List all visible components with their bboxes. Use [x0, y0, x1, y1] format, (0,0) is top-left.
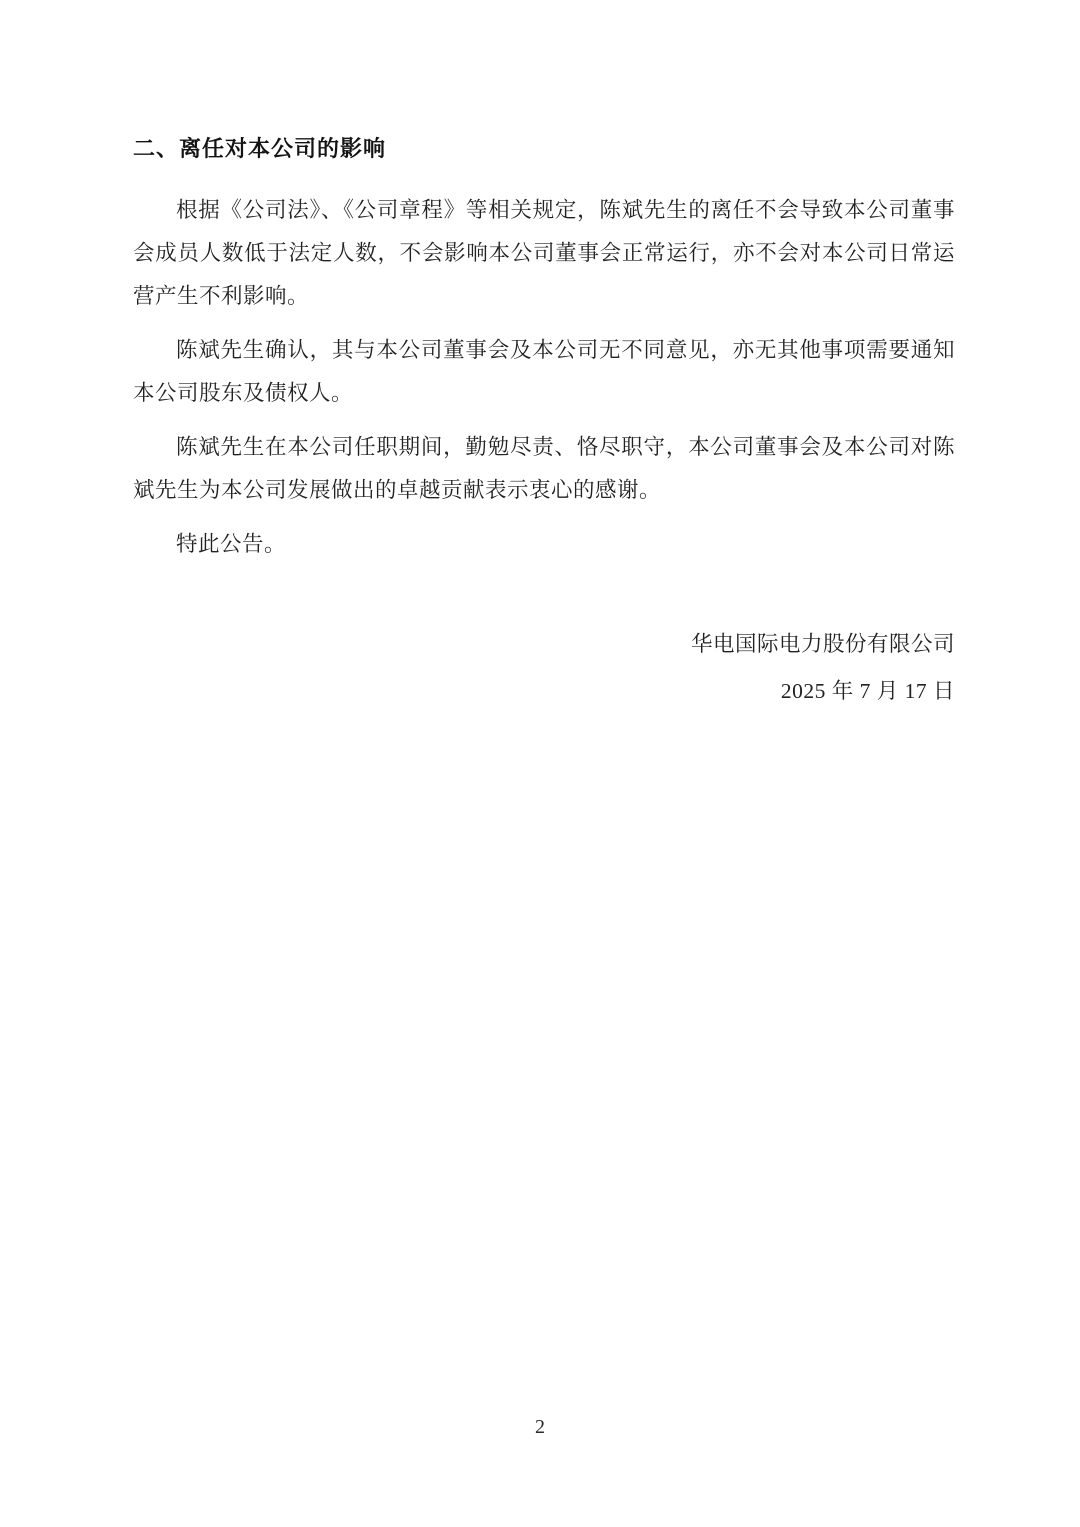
paragraph-gratitude: 陈斌先生在本公司任职期间，勤勉尽责、恪尽职守，本公司董事会及本公司对陈斌先生为本…	[133, 426, 955, 512]
paragraph-confirmation: 陈斌先生确认，其与本公司董事会及本公司无不同意见，亦无其他事项需要通知本公司股东…	[133, 329, 955, 415]
section-heading: 二、离任对本公司的影响	[133, 135, 955, 163]
document-content: 二、离任对本公司的影响 根据《公司法》、《公司章程》等相关规定，陈斌先生的离任不…	[0, 0, 1080, 714]
page-number: 2	[0, 1416, 1080, 1439]
paragraph-impact: 根据《公司法》、《公司章程》等相关规定，陈斌先生的离任不会导致本公司董事会成员人…	[133, 189, 955, 318]
document-page: 二、离任对本公司的影响 根据《公司法》、《公司章程》等相关规定，陈斌先生的离任不…	[0, 0, 1080, 1527]
signature-company-name: 华电国际电力股份有限公司	[133, 621, 955, 667]
signature-block: 华电国际电力股份有限公司 2025 年 7 月 17 日	[133, 621, 955, 714]
paragraph-closing: 特此公告。	[133, 523, 955, 566]
signature-date: 2025 年 7 月 17 日	[133, 668, 955, 714]
